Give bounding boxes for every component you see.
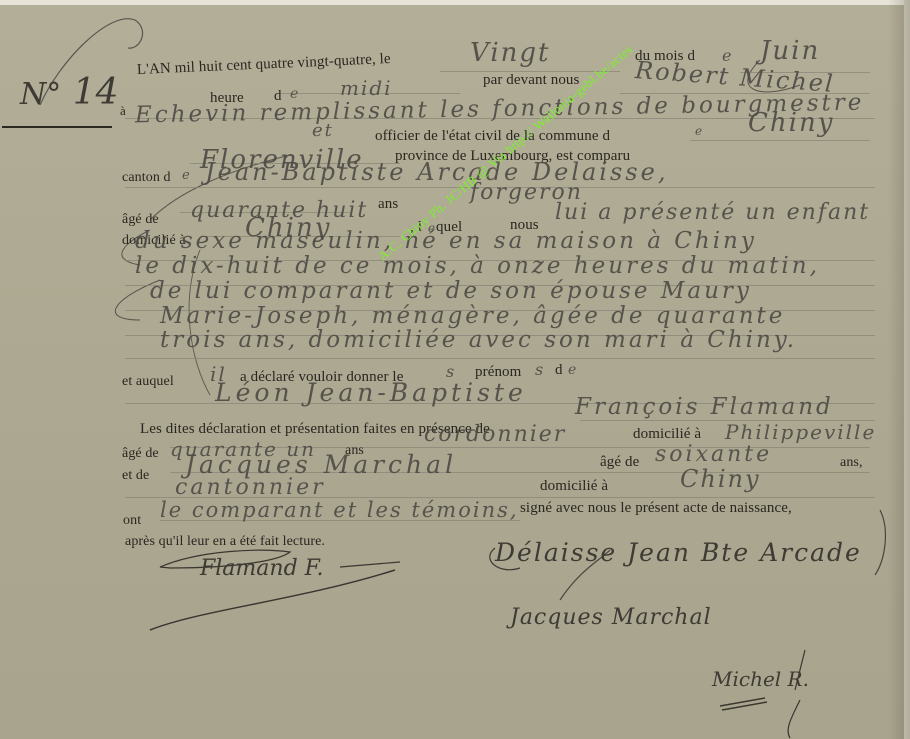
hand-hour: midi xyxy=(340,76,393,100)
printed-canton: canton d xyxy=(122,170,171,186)
printed-par-devant: par devant nous xyxy=(483,72,579,89)
printed-w2-domicilie: domicilié à xyxy=(540,478,608,495)
hand-commune: Chiny xyxy=(748,108,834,138)
signature-declarant: Délaisse Jean Bte Arcade xyxy=(495,538,862,567)
hand-et: et xyxy=(312,120,334,141)
hand-witness1-profession: cordonnier xyxy=(424,422,566,447)
page-right-edge xyxy=(904,0,910,739)
hand-body-5: Marie-Joseph, ménagère, âgée de quarante xyxy=(160,303,785,329)
hand-body-1: lui a présenté un enfant xyxy=(555,200,870,225)
hand-signers: le comparant et les témoins, xyxy=(160,498,519,522)
printed-age-de: âgé de xyxy=(122,212,159,228)
rule xyxy=(125,358,875,359)
hand-body-4: de lui comparant et de son épouse Maury xyxy=(150,278,752,304)
printed-et-auquel: et auquel xyxy=(122,374,174,390)
hand-witness2-age: soixante xyxy=(655,442,772,467)
hand-witness1-domicile: Philippeville xyxy=(725,420,876,444)
act-number-underline xyxy=(2,126,112,128)
printed-a: à xyxy=(120,103,126,119)
hand-plural-s2: s xyxy=(535,360,545,379)
printed-w2-ans: ans, xyxy=(840,455,863,471)
hand-witness1-name: François Flamand xyxy=(575,394,834,420)
hand-prenom-prefix: e xyxy=(568,362,578,378)
printed-w1-age-de: âgé de xyxy=(122,446,159,462)
printed-signe: signé avec nous le présent acte de naiss… xyxy=(520,500,792,517)
act-number-label: N° xyxy=(20,77,61,112)
hand-day: Vingt xyxy=(470,38,550,68)
hand-child-names: Léon Jean-Baptiste xyxy=(215,378,527,407)
printed-officier: officier de l'état civil de la commune d xyxy=(375,128,610,145)
printed-ont: ont xyxy=(123,513,141,529)
printed-w1-domicilie: domicilié à xyxy=(633,426,701,443)
hand-body-6: trois ans, domiciliée avec son mari à Ch… xyxy=(160,327,797,353)
printed-et-de: et de xyxy=(122,468,149,484)
act-number-value: 14 xyxy=(73,72,119,113)
act-number: N° 14 xyxy=(20,72,119,113)
signature-witness2: Jacques Marchal xyxy=(510,605,712,630)
rule xyxy=(690,140,870,141)
hand-witness2-profession: cantonnier xyxy=(175,475,326,500)
hand-declarant-name: Jean-Baptiste Arcade Delaisse, xyxy=(205,158,668,186)
printed-w2-age-de: âgé de xyxy=(600,454,639,471)
hand-commune-prefix: e xyxy=(695,124,704,138)
signature-officer: Michel R. xyxy=(712,667,809,691)
signature-witness1: Flamand F. xyxy=(200,556,323,581)
hand-witness2-domicile: Chiny xyxy=(680,465,761,493)
document-page: N° 14 L'AN mil huit cent quatre vingt-qu… xyxy=(0,0,910,739)
hand-month: Juin xyxy=(760,36,820,66)
hand-body-3: le dix-huit de ce mois, à onze heures du… xyxy=(135,253,820,279)
printed-ans: ans xyxy=(378,196,398,213)
hand-body-2: du sexe masculin, né en sa maison à Chin… xyxy=(135,228,757,254)
hand-canton-prefix: e xyxy=(182,168,192,183)
printed-prenom-d: d xyxy=(555,362,563,379)
printed-lecture: après qu'il leur en a été fait lecture. xyxy=(125,534,325,550)
